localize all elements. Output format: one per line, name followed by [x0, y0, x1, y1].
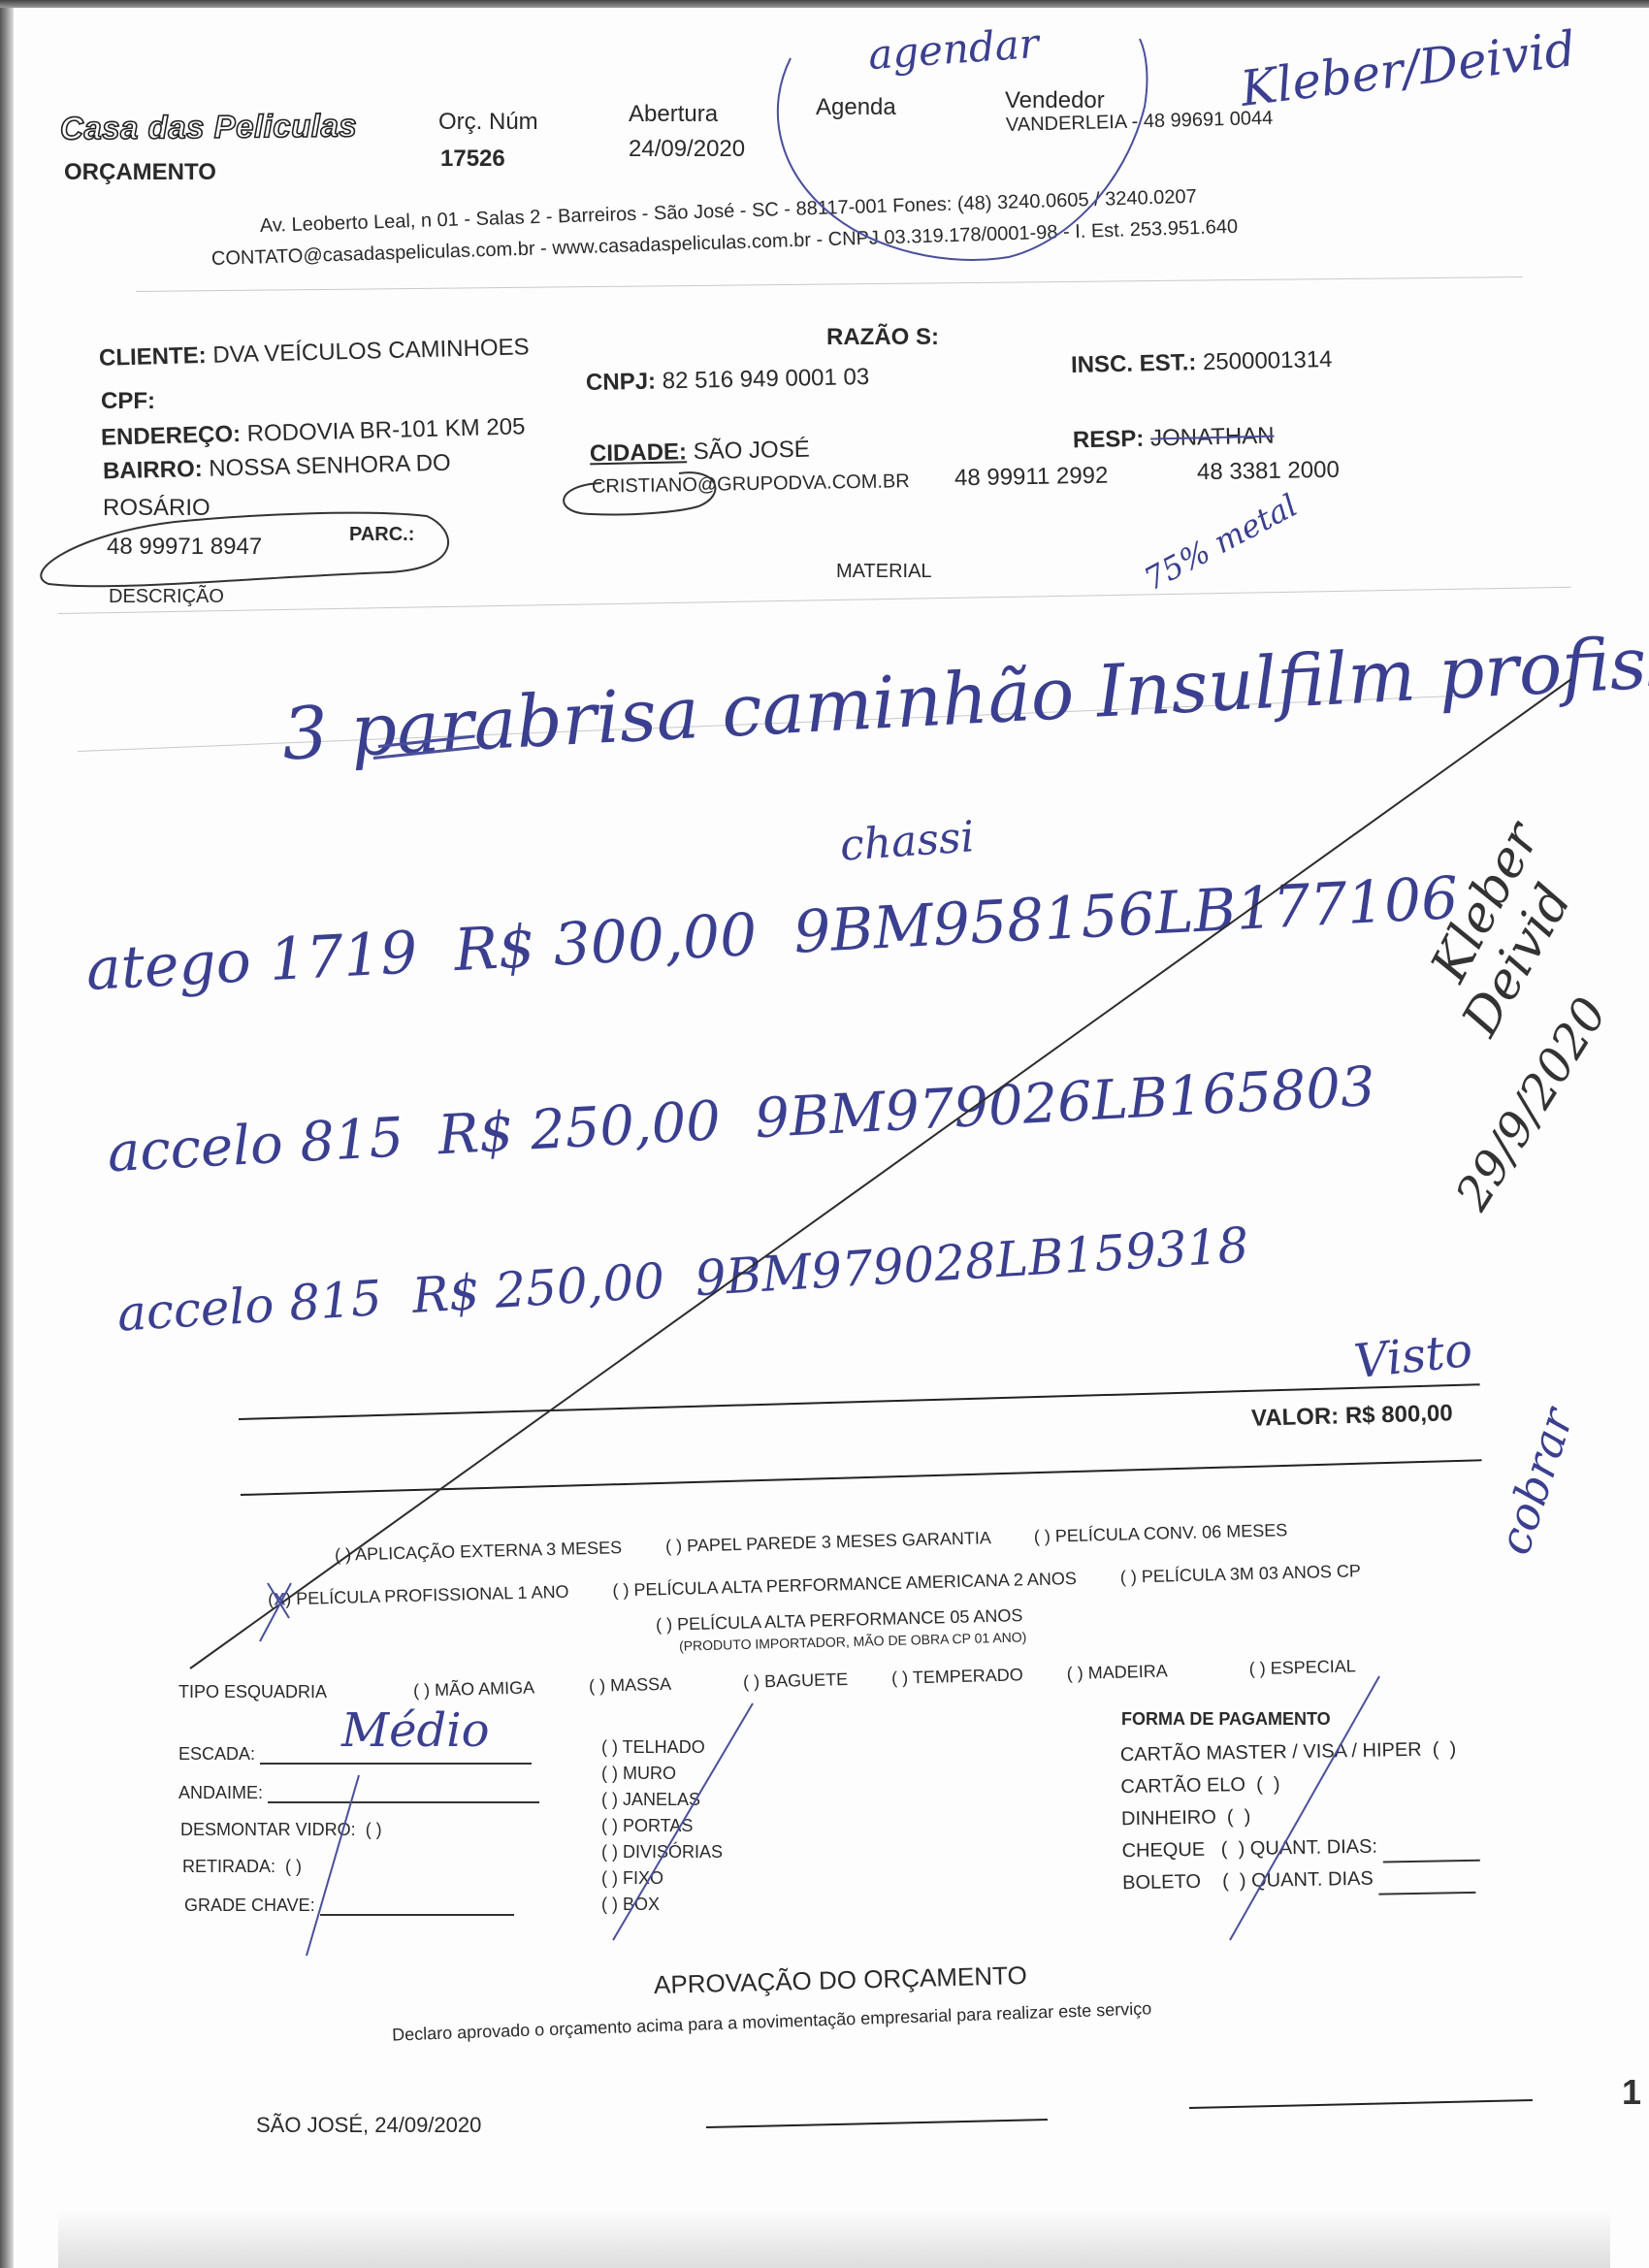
signature-line-1[interactable]: [706, 2119, 1048, 2128]
desmontar-label: DESMONTAR VIDRO:: [180, 1820, 356, 1839]
chassi-label: chassi: [838, 812, 976, 871]
handwritten-title: 3 parabrisa caminhão Insulfilm profissio…: [280, 610, 1649, 776]
insc-label: INSC. EST.:: [1071, 349, 1197, 378]
note-cobrar: cobrar: [1488, 1402, 1584, 1560]
local-label: BOX: [623, 1895, 660, 1914]
vendedor-label: Vendedor: [1005, 87, 1105, 114]
divider-items: [58, 587, 1571, 614]
option-pelicula-americana[interactable]: ( ) PELÍCULA ALTA PERFORMANCE AMERICANA …: [612, 1569, 1077, 1601]
andaime-input[interactable]: [268, 1801, 539, 1803]
boleto-dias-input[interactable]: [1379, 1892, 1476, 1895]
option-label: PELÍCULA CONV. 06 MESES: [1055, 1520, 1288, 1545]
payment-label: CARTÃO MASTER / VISA / HIPER: [1120, 1739, 1422, 1766]
cnpj-field: CNPJ: 82 516 949 0001 03: [586, 364, 870, 397]
cpf-label: CPF:: [101, 388, 155, 415]
item-1-chassi: 9BM958156LB177106: [792, 864, 1460, 967]
option-label: TEMPERADO: [913, 1665, 1024, 1687]
option-aplicacao-externa[interactable]: ( ) APLICAÇÃO EXTERNA 3 MESES: [335, 1538, 623, 1565]
esquadria-madeira[interactable]: ( ) MADEIRA: [1067, 1661, 1168, 1683]
local-label: DIVISÓRIAS: [623, 1842, 723, 1862]
cidade-value: SÃO JOSÉ: [693, 437, 810, 466]
bairro-field: BAIRRO: NOSSA SENHORA DO: [103, 450, 451, 486]
desmontar-field[interactable]: DESMONTAR VIDRO: ( ): [180, 1820, 382, 1840]
option-label: ESPECIAL: [1270, 1656, 1356, 1677]
abertura-date: 24/09/2020: [629, 136, 745, 163]
agenda-label: Agenda: [816, 94, 896, 121]
abertura-label: Abertura: [629, 101, 718, 128]
option-label: PELÍCULA PROFISSIONAL 1 ANO: [296, 1582, 569, 1608]
esquadria-temperado[interactable]: ( ) TEMPERADO: [891, 1665, 1023, 1688]
local-divisorias[interactable]: ( ) DIVISÓRIAS: [601, 1839, 723, 1865]
payment-title: FORMA DE PAGAMENTO: [1121, 1709, 1331, 1730]
valor-label: VALOR:: [1251, 1403, 1340, 1431]
local-portas[interactable]: ( ) PORTAS: [601, 1813, 723, 1839]
option-row-1: ( ) APLICAÇÃO EXTERNA 3 MESES ( ) PAPEL …: [335, 1520, 1288, 1566]
resp-label: RESP:: [1073, 426, 1145, 454]
option-label: PELÍCULA 3M 03 ANOS CP: [1142, 1561, 1362, 1586]
cidade-field: CIDADE: SÃO JOSÉ: [590, 437, 810, 469]
local-fixo[interactable]: ( ) FIXO: [601, 1865, 723, 1892]
bairro-value: NOSSA SENHORA DO: [209, 450, 451, 482]
descricao-label: DESCRIÇÃO: [109, 586, 224, 608]
option-label: MASSA: [610, 1674, 671, 1696]
scan-edge-top: [0, 0, 1649, 8]
grade-label: GRADE CHAVE:: [184, 1895, 315, 1915]
item-3-model: accelo 815: [115, 1270, 383, 1343]
option-pelicula-3m[interactable]: ( ) PELÍCULA 3M 03 ANOS CP: [1120, 1561, 1362, 1586]
note-visto: Visto: [1351, 1323, 1474, 1389]
signature-line-2[interactable]: [1189, 2099, 1533, 2109]
quant-dias-label: QUANT. DIAS: [1251, 1868, 1374, 1892]
locais-list: ( ) TELHADO ( ) MURO ( ) JANELAS ( ) POR…: [601, 1734, 723, 1918]
item-2-model: accelo 815: [106, 1106, 405, 1184]
approval-title: APROVAÇÃO DO ORÇAMENTO: [654, 1960, 1027, 2000]
item-line-3: accelo 815 R$ 250,00 9BM979028LB159318: [115, 1216, 1250, 1342]
client-email: CRISTIANO@GRUPODVA.COM.BR: [592, 470, 910, 499]
divider-header: [136, 276, 1523, 292]
client-phone-3: 48 99971 8947: [107, 534, 262, 561]
checked-x-icon: X: [274, 1589, 286, 1608]
local-label: PORTAS: [623, 1816, 693, 1835]
insc-value: 2500001314: [1203, 346, 1333, 375]
option-papel-parede[interactable]: ( ) PAPEL PAREDE 3 MESES GARANTIA: [665, 1528, 990, 1556]
cliente-label: CLIENTE:: [99, 342, 207, 372]
razao-label: RAZÃO S:: [826, 324, 939, 351]
parc-label: PARC.:: [349, 524, 414, 546]
payment-label: DINHEIRO: [1121, 1807, 1216, 1831]
local-telhado[interactable]: ( ) TELHADO: [601, 1734, 723, 1761]
item-3-chassi: 9BM979028LB159318: [694, 1216, 1250, 1307]
esquadria-mao-amiga[interactable]: ( ) MÃO AMIGA: [413, 1677, 534, 1700]
esquadria-options: ( ) MÃO AMIGA ( ) MASSA ( ) BAGUETE ( ) …: [413, 1656, 1356, 1701]
local-muro[interactable]: ( ) MURO: [601, 1761, 723, 1787]
resp-value: JONATHAN: [1150, 423, 1275, 452]
item-3-price: R$ 250,00: [410, 1252, 665, 1324]
quant-dias-label: QUANT. DIAS:: [1250, 1836, 1378, 1860]
orc-num-label: Orç. Núm: [438, 109, 538, 136]
page-mark: 1: [1622, 2072, 1641, 2113]
resp-field: RESP: JONATHAN: [1073, 423, 1275, 455]
retirada-label: RETIRADA:: [182, 1857, 275, 1876]
insc-field: INSC. EST.: 2500001314: [1071, 346, 1333, 379]
item-1-price: R$ 300,00: [452, 901, 759, 985]
option-label: MADEIRA: [1087, 1661, 1167, 1682]
material-label: MATERIAL: [836, 561, 932, 583]
item-1-model: atego 1719: [84, 919, 419, 1004]
item-line-1: atego 1719 R$ 300,00 9BM958156LB177106: [84, 864, 1460, 1004]
esquadria-baguete[interactable]: ( ) BAGUETE: [743, 1669, 849, 1692]
payment-label: CHEQUE: [1121, 1839, 1205, 1862]
item-2-price: R$ 250,00: [436, 1089, 723, 1167]
cliente-value: DVA VEÍCULOS CAMINHOES: [212, 334, 530, 369]
payment-cartao-master[interactable]: CARTÃO MASTER / VISA / HIPER ( ): [1120, 1733, 1478, 1771]
escada-input[interactable]: [260, 1763, 532, 1765]
valor-bottom-line: [241, 1459, 1482, 1496]
bairro-continued: ROSÁRIO: [103, 495, 210, 522]
option-pelicula-profissional[interactable]: (X) PELÍCULA PROFISSIONAL 1 ANO: [268, 1582, 569, 1609]
client-phone-2: 48 3381 2000: [1197, 457, 1340, 487]
esquadria-massa[interactable]: ( ) MASSA: [589, 1674, 671, 1696]
bairro-label: BAIRRO:: [103, 456, 203, 485]
option-pelicula-conv[interactable]: ( ) PELÍCULA CONV. 06 MESES: [1034, 1520, 1288, 1546]
esquadria-especial[interactable]: ( ) ESPECIAL: [1248, 1656, 1356, 1678]
cnpj-label: CNPJ:: [586, 369, 657, 397]
agenda-handwritten: agendar: [867, 19, 1041, 79]
local-box[interactable]: ( ) BOX: [601, 1892, 723, 1918]
payment-boleto[interactable]: BOLETO ( ) QUANT. DIAS: [1122, 1862, 1480, 1899]
andaime-label: ANDAIME:: [178, 1783, 263, 1802]
scan-edge-left: [0, 0, 14, 2268]
option-label: BAGUETE: [764, 1669, 849, 1691]
grade-field: GRADE CHAVE:: [184, 1895, 514, 1916]
endereco-value: RODOVIA BR-101 KM 205: [246, 413, 525, 446]
local-label: JANELAS: [623, 1790, 700, 1809]
option-row-2: (X) PELÍCULA PROFISSIONAL 1 ANO ( ) PELÍ…: [268, 1561, 1361, 1609]
grade-input[interactable]: [320, 1914, 514, 1916]
material-handwritten: 75% metal: [1138, 487, 1303, 599]
valor-amount: R$ 800,00: [1345, 1400, 1453, 1429]
endereco-field: ENDEREÇO: RODOVIA BR-101 KM 205: [101, 413, 526, 451]
client-phone-1: 48 99911 2992: [954, 463, 1109, 493]
scan-shadow: [58, 2210, 1610, 2268]
andaime-field: ANDAIME:: [178, 1783, 539, 1803]
payment-label: BOLETO: [1122, 1871, 1201, 1894]
local-janelas[interactable]: ( ) JANELAS: [601, 1787, 723, 1813]
cidade-label: CIDADE:: [590, 438, 688, 467]
item-line-2: accelo 815 R$ 250,00 9BM979026LB165803: [106, 1055, 1376, 1184]
handwritten-names-top: Kleber/Deivid: [1238, 20, 1579, 117]
place-date: SÃO JOSÉ, 24/09/2020: [256, 2113, 481, 2138]
item-2-chassi: 9BM979026LB165803: [754, 1055, 1377, 1150]
option-label: PAPEL PAREDE 3 MESES GARANTIA: [687, 1528, 990, 1555]
orc-num: 17526: [440, 146, 505, 173]
local-label: TELHADO: [623, 1737, 705, 1757]
escada-value: Médio: [341, 1703, 490, 1758]
local-label: FIXO: [623, 1868, 663, 1888]
esquadria-label: TIPO ESQUADRIA: [178, 1682, 327, 1702]
payment-label: CARTÃO ELO: [1120, 1774, 1245, 1798]
approval-declaration: Declaro aprovado o orçamento acima para …: [392, 1998, 1152, 2045]
payment-options: CARTÃO MASTER / VISA / HIPER ( ) CARTÃO …: [1120, 1733, 1481, 1899]
cnpj-value: 82 516 949 0001 03: [662, 364, 869, 394]
cliente-field: CLIENTE: DVA VEÍCULOS CAMINHOES: [99, 334, 530, 373]
option-label: PELÍCULA ALTA PERFORMANCE AMERICANA 2 AN…: [633, 1569, 1077, 1600]
retirada-field[interactable]: RETIRADA: ( ): [182, 1857, 302, 1877]
document-type: ORÇAMENTO: [64, 159, 216, 186]
option-label: MÃO AMIGA: [435, 1677, 534, 1700]
endereco-label: ENDEREÇO:: [101, 421, 242, 451]
valor-field: VALOR: R$ 800,00: [1251, 1400, 1453, 1432]
escada-label: ESCADA:: [178, 1744, 255, 1764]
local-label: MURO: [623, 1764, 676, 1783]
company-logo: Casa das Peliculas: [60, 107, 358, 146]
option-label: APLICAÇÃO EXTERNA 3 MESES: [355, 1538, 623, 1564]
